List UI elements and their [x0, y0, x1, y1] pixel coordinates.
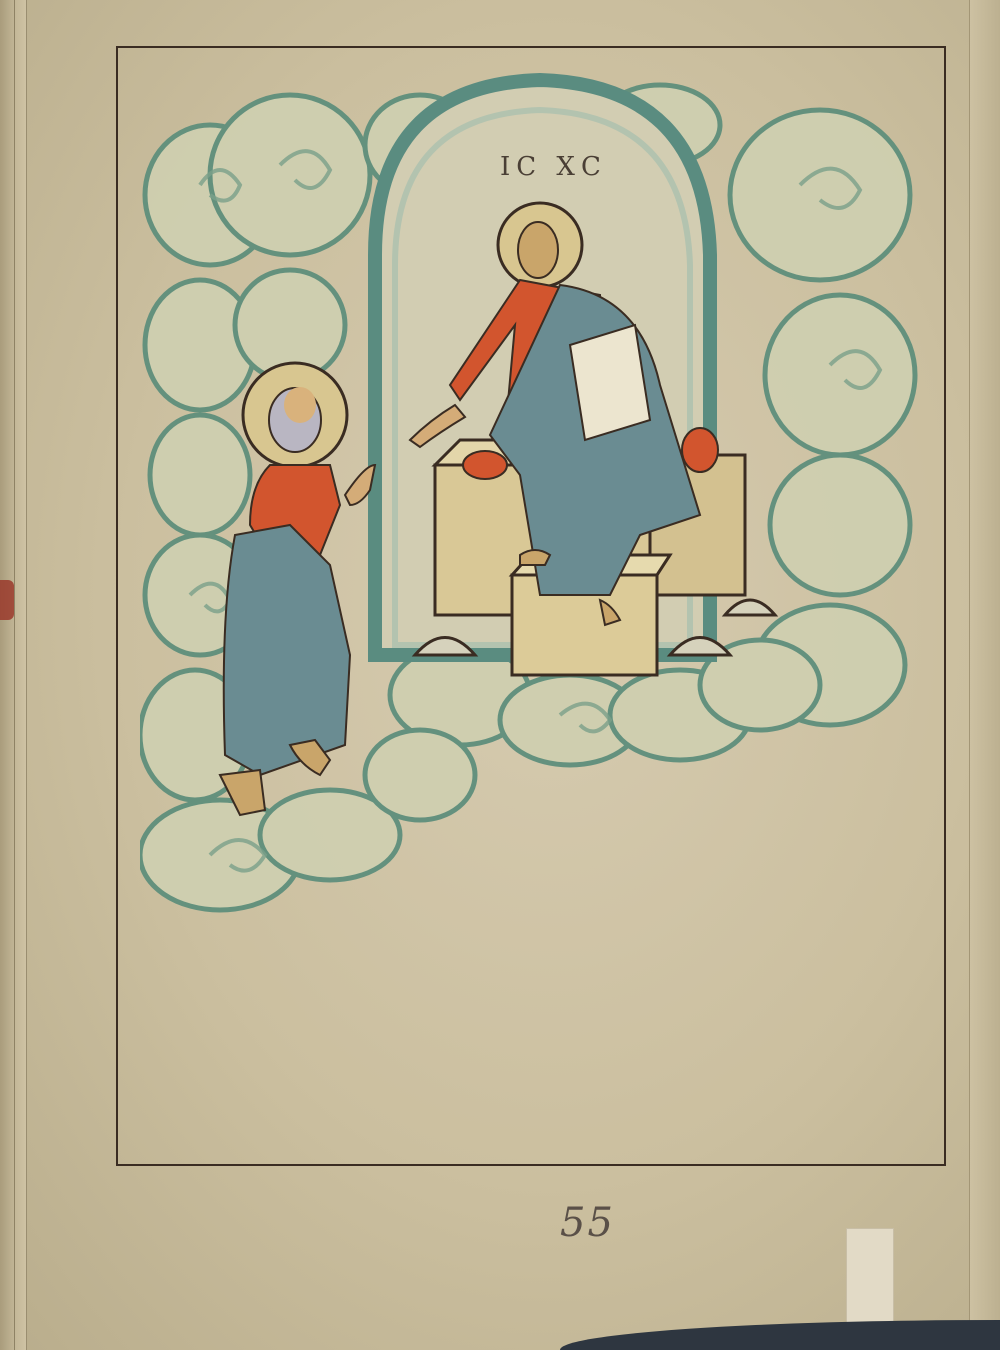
page-edge [969, 0, 1000, 1350]
background-surface [560, 1320, 1000, 1350]
miniature-illustration [140, 55, 940, 935]
paper-slip [846, 1228, 894, 1335]
christ-monogram-inscription: ІС ХС [500, 152, 607, 182]
page-number: 55 [560, 1200, 615, 1246]
gutter-line [14, 0, 15, 1350]
red-ribbon-mark [0, 580, 14, 620]
manuscript-page: ІС ХС 55 [0, 0, 1000, 1350]
page-gutter [0, 0, 27, 1350]
apostle-figure [220, 363, 375, 815]
